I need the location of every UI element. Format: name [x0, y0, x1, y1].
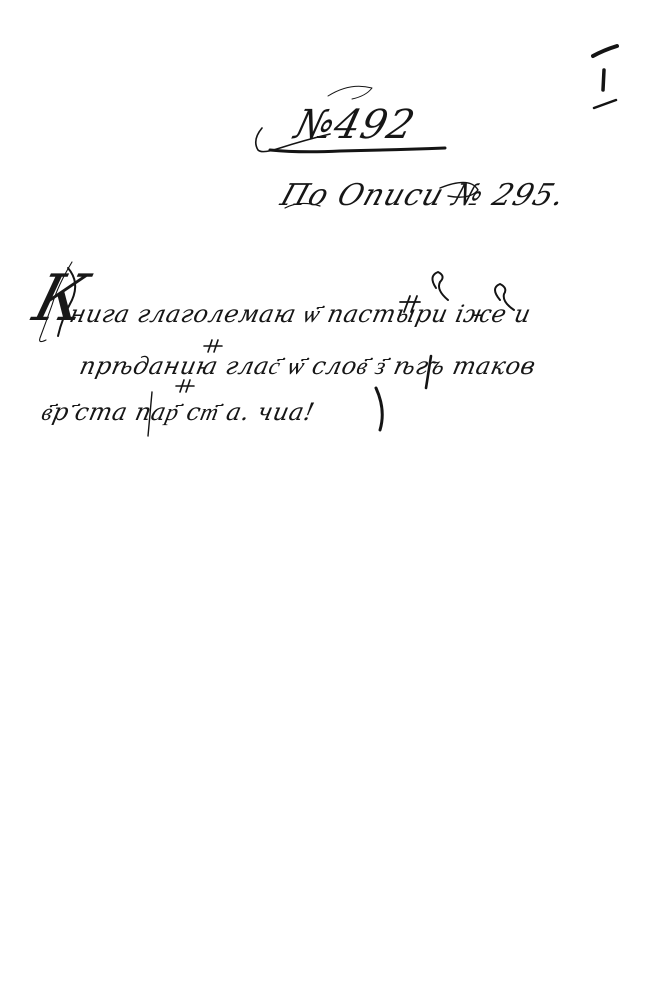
catalog-number-text: №492	[290, 102, 420, 148]
folio-number: I	[590, 40, 620, 110]
manuscript-line-2: прѣданиꙗ глас҃ ѡ҃ слов҃ з҃ ѣгъ таков	[77, 352, 538, 381]
manuscript-page: I №492 По Описи № 295. К нига глаголемаꙗ…	[0, 0, 652, 992]
inventory-shelf-mark: По Описи № 295.	[276, 178, 570, 213]
ink-flourishes	[0, 0, 652, 992]
shelf-mark-text: По Описи № 295.	[276, 178, 570, 213]
manuscript-line-1: нига глаголемаꙗ ѡ҃ пастыри іже и	[67, 300, 534, 329]
catalog-number: №492	[290, 102, 420, 148]
folio-numeral-i-icon	[590, 40, 620, 110]
manuscript-line-3: в҃р ҃ста пар҃ ст҃ а. чиа!	[39, 398, 317, 427]
